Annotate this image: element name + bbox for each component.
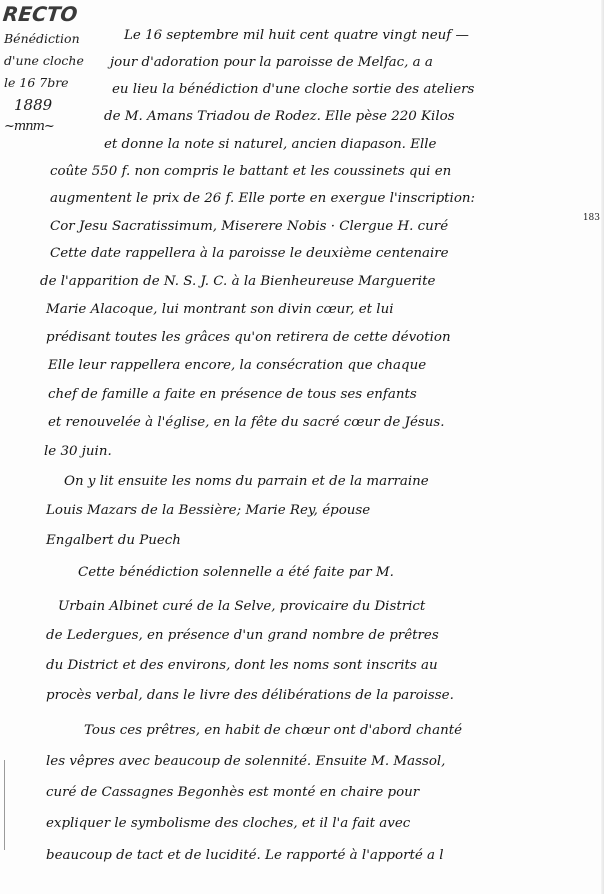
text-line: le 30 juin. <box>44 444 112 459</box>
text-line: On y lit ensuite les noms du parrain et … <box>64 474 429 489</box>
margin-flourish: ~mnm~ <box>4 116 104 138</box>
text-line: de l'apparition de N. S. J. C. à la Bien… <box>40 274 435 289</box>
margin-note-line: Bénédiction <box>4 28 104 50</box>
text-line: de Ledergues, en présence d'un grand nom… <box>46 628 439 643</box>
text-line: Engalbert du Puech <box>46 533 181 548</box>
margin-rule <box>4 760 5 850</box>
text-line: eu lieu la bénédiction d'une cloche sort… <box>112 82 474 97</box>
text-line: Le 16 septembre mil huit cent quatre vin… <box>124 28 469 43</box>
text-line: Louis Mazars de la Bessière; Marie Rey, … <box>46 503 370 518</box>
text-line: et donne la note si naturel, ancien diap… <box>104 137 436 152</box>
text-line: Elle leur rappellera encore, la consécra… <box>48 358 426 373</box>
text-line: Cor Jesu Sacratissimum, Miserere Nobis ·… <box>50 219 448 234</box>
text-line: Cette bénédiction solennelle a été faite… <box>78 565 394 580</box>
text-line: et renouvelée à l'église, en la fête du … <box>48 415 445 430</box>
text-line: jour d'adoration pour la paroisse de Mel… <box>110 55 433 70</box>
recto-stamp: RECTO <box>2 2 79 26</box>
margin-note-line: d'une cloche <box>4 50 104 72</box>
side-page-number: 183 <box>583 213 600 223</box>
text-line: prédisant toutes les grâces qu'on retire… <box>46 330 451 345</box>
margin-note: Bénédiction d'une cloche le 16 7bre 1889… <box>4 28 104 138</box>
text-line: Cette date rappellera à la paroisse le d… <box>50 246 449 261</box>
margin-note-line: le 16 7bre <box>4 72 104 94</box>
text-line: expliquer le symbolisme des cloches, et … <box>46 816 410 831</box>
text-line: curé de Cassagnes Begonhès est monté en … <box>46 785 419 800</box>
margin-note-year: 1889 <box>4 94 104 116</box>
text-line: Urbain Albinet curé de la Selve, provica… <box>58 599 425 614</box>
text-line: de M. Amans Triadou de Rodez. Elle pèse … <box>104 109 455 124</box>
text-line: chef de famille a faite en présence de t… <box>48 387 417 402</box>
text-line: augmentent le prix de 26 f. Elle porte e… <box>50 191 475 206</box>
text-line: beaucoup de tact et de lucidité. Le rapp… <box>46 848 444 863</box>
text-line: du District et des environs, dont les no… <box>46 658 438 673</box>
text-line: procès verbal, dans le livre des délibér… <box>46 688 454 703</box>
text-line: Marie Alacoque, lui montrant son divin c… <box>46 302 394 317</box>
text-line: coûte 550 f. non compris le battant et l… <box>50 164 451 179</box>
text-line: les vêpres avec beaucoup de solennité. E… <box>46 754 445 769</box>
manuscript-page: RECTO Bénédiction d'une cloche le 16 7br… <box>0 0 604 894</box>
text-line: Tous ces prêtres, en habit de chœur ont … <box>84 723 462 738</box>
